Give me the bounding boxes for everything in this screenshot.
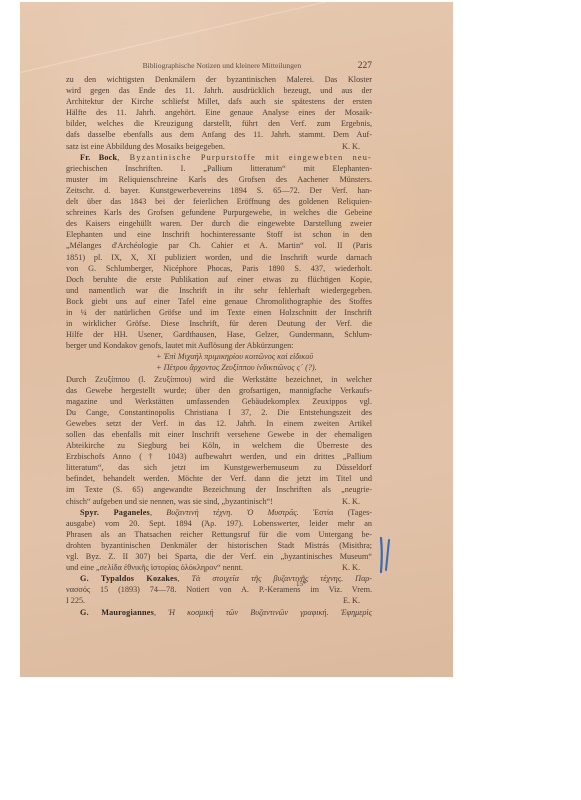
text-line: befindet, behandelt werden. Möchte der V… [66, 473, 372, 484]
text-line: zu den wichtigsten Denkmälern der byzant… [66, 74, 372, 85]
page-text: Bibliographische Notizen und kleinere Mi… [66, 60, 372, 618]
text-line: Erzbischofs Anno († 1043) aufbewahrt wer… [66, 451, 372, 462]
text-line: litteratum“, das sich jetzt im Kunstgewe… [66, 462, 372, 473]
entry-author: Spyr. Paganeles [80, 508, 150, 517]
text-line: des Kaisers eingehüllt waren. Der durch … [66, 218, 372, 229]
text-line: Hälfte des 11. Jahrh. angehört. Eine gen… [66, 107, 372, 118]
entry-title: Τὰ στοιχεῖα τῆς βυζαντινῆς τέχνης. [191, 574, 343, 583]
entry-journal: Παρ- [355, 574, 372, 583]
entry-title: , Byzantinische Purpurstoffe mit eingewe… [117, 153, 372, 162]
text-line: und eine „σελίδα ἐθνικῆς ἱστορίας ὁλόκλη… [66, 562, 372, 573]
text-line: „Mélanges d'Archéologie par Ch. Cahier e… [66, 240, 372, 251]
signature-mark: 15* [296, 580, 307, 588]
entry-title: Ἡ κοσμικὴ τῶν Βυζαντινῶν γραφική. [168, 608, 328, 617]
text-line: Zeitschr. d. bayer. Kunstgewerbevereins … [66, 185, 372, 196]
text-line-content: satz ist eine Abbildung des Mosaiks beig… [66, 141, 225, 152]
text-line: sollen das ebenfalls mit einer Inschrift… [66, 429, 372, 440]
text-line: bilder, welches die Kreuzigung darstellt… [66, 118, 372, 129]
greek-inscription-line: + Ἐπὶ Μιχαὴλ πριμικηρίου κοιτῶνος καὶ εἰ… [66, 351, 372, 362]
entry-kozakes-heading: G. Typaldos Kozakes, Τὰ στοιχεῖα τῆς βυζ… [66, 573, 372, 584]
entry-journal: Ἑστία (Tages- [313, 508, 372, 517]
text-line: Abteikirche zu Siegburg bei Köln, in wel… [66, 440, 372, 451]
text-line: schreines Karls des Grofsen gefundene Pu… [66, 207, 372, 218]
text-line: Architektur der Kirche schliefst Millet,… [66, 96, 372, 107]
text-line: muster im Reliquienschreine Karls des Gr… [66, 174, 372, 185]
entry-author: Fr. Bock [80, 153, 117, 162]
text-line: drohten byzantinischen Denkmäler der his… [66, 540, 372, 551]
text-line: Gewebes setzt der Verf. in das 12. Jahrh… [66, 418, 372, 429]
text-line-content: chisch“ aufgeben und sie nennen, was sie… [66, 496, 273, 507]
text-line: chisch“ aufgeben und sie nennen, was sie… [66, 496, 372, 507]
text-line: im Texte (S. 65) angewandte Bezeichnung … [66, 484, 372, 495]
text-line: in wirklicher Gröfse. Diese Inschrift, f… [66, 318, 372, 329]
entry-paganeles-heading: Spyr. Paganeles, Βυζαντινὴ τέχνη. Ὁ Μυστ… [66, 507, 372, 518]
reviewer-initials: E. K. [343, 595, 372, 606]
text-line: I 225. E. K. [66, 595, 372, 606]
pencil-double-bar-mark [378, 536, 394, 574]
text-line: und namentlich war die Inschrift in ihr … [66, 285, 372, 296]
reviewer-initials: K. K. [342, 496, 372, 507]
greek-inscription-line: + Πέτρου ἄρχοντος Ζευξίππου ἰνδικτιῶνος … [66, 362, 372, 373]
text-line: delt über das 1843 bei der feierlichen E… [66, 196, 372, 207]
text-line: satz ist eine Abbildung des Mosaiks beig… [66, 141, 372, 152]
reviewer-initials: K. K. [342, 562, 372, 573]
entry-title: Βυζαντινὴ τέχνη. Ὁ Μυστρᾶς. [166, 508, 299, 517]
text-line: berger und Kondakov genofs, lautet mit A… [66, 340, 372, 351]
entry-journal: Ἐφημερὶς [341, 608, 372, 617]
entry-author: G. Maurogiannes [80, 608, 154, 617]
running-head-title: Bibliographische Notizen und kleinere Mi… [66, 60, 358, 71]
text-line: magazine und Werkstätten umfassenden Geb… [66, 396, 372, 407]
text-line: 1851) pl. IX, X, XI publiziert worden, u… [66, 252, 372, 263]
text-line: Phrasen als an Thatsachen reicher Rettun… [66, 529, 372, 540]
text-line: Elephanten und eine Inschrift hochintere… [66, 229, 372, 240]
running-head: Bibliographische Notizen und kleinere Mi… [66, 60, 372, 74]
text-line: Doch beruhte die erste Publikation auf e… [66, 274, 372, 285]
text-line: vgl. Byz. Z. II 307) bei Sparta, die der… [66, 551, 372, 562]
text-line: Du Cange, Constantinopolis Christiana I … [66, 407, 372, 418]
text-line: das Gewebe hergestellt wurde; über den g… [66, 385, 372, 396]
page-number: 227 [358, 61, 372, 72]
reviewer-initials: K. K. [342, 141, 372, 152]
text-line-content: und eine „σελίδα ἐθνικῆς ἱστορίας ὁλόκλη… [66, 562, 243, 573]
text-line: in ¼ der natürlichen Gröfse und im Texte… [66, 307, 372, 318]
text-line: Durch Ζευξίππου (l. Ζευξίππου) wird die … [66, 374, 372, 385]
entry-author: G. Typaldos Kozakes [80, 574, 177, 583]
text-line: griechischen Inschriften. I. „Pallium li… [66, 163, 372, 174]
text-line: wird gegen das Ende des 11. Jahrh. ausdr… [66, 85, 372, 96]
text-line: dafs dasselbe ebenfalls aus dem Anfang d… [66, 129, 372, 140]
text-line: Hilfe der HH. Usener, Gardthausen, Hase,… [66, 329, 372, 340]
entry-maurogiannes-heading: G. Maurogiannes, Ἡ κοσμικὴ τῶν Βυζαντινῶ… [66, 607, 372, 618]
text-line: Bock giebt uns auf einer Tafel eine gena… [66, 296, 372, 307]
text-line: von G. Schlumberger, Nicéphore Phocas, P… [66, 263, 372, 274]
text-line: νασσός 15 (1893) 74—78. Notiert von A. P… [66, 584, 372, 595]
entry-bock-heading: Fr. Bock, Byzantinische Purpurstoffe mit… [66, 152, 372, 163]
text-line-content: I 225. [66, 595, 85, 606]
text-line: ausgabe) vom 20. Sept. 1894 (Ἀρ. 197). L… [66, 518, 372, 529]
